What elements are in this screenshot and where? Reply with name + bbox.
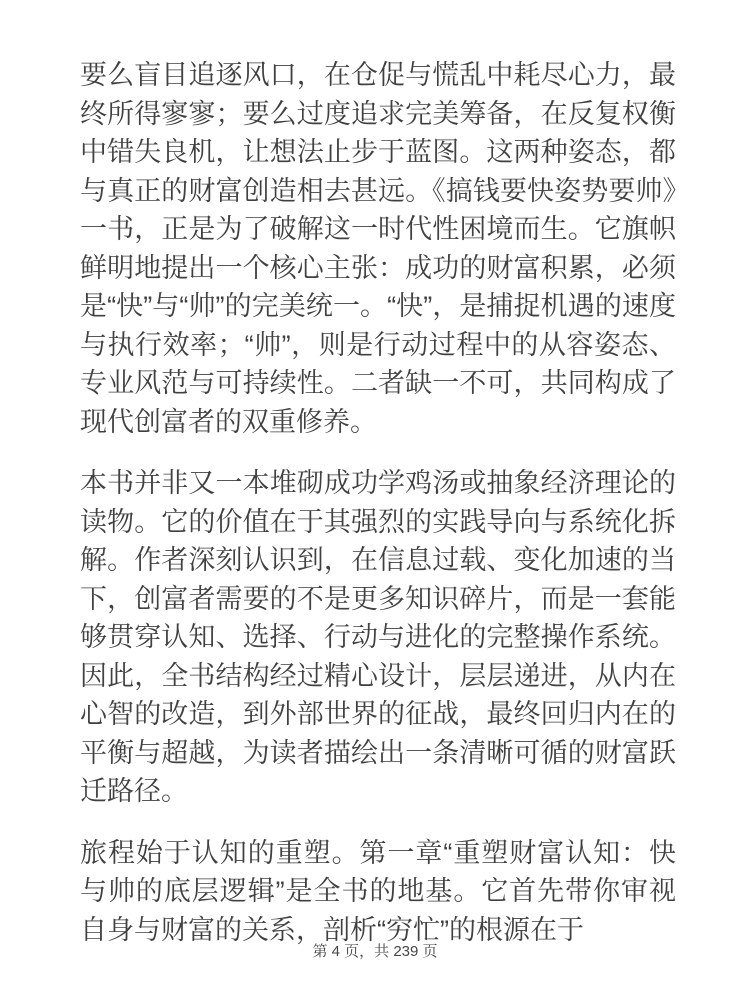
paragraph: 旅程始于认知的重塑。第一章“重塑财富认知：快与帅的底层逻辑”是全书的地基。它首先… (80, 834, 676, 950)
document-page: 要么盲目追逐风口，在仓促与慌乱中耗尽心力，最终所得寥寥；要么过度追求完美筹备，在… (0, 0, 750, 1000)
paragraph: 本书并非又一本堆砌成功学鸡汤或抽象经济理论的读物。它的价值在于其强烈的实践导向与… (80, 464, 676, 811)
page-text: 要么盲目追逐风口，在仓促与慌乱中耗尽心力，最终所得寥寥；要么过度追求完美筹备，在… (0, 0, 750, 949)
paragraph: 要么盲目追逐风口，在仓促与慌乱中耗尽心力，最终所得寥寥；要么过度追求完美筹备，在… (80, 56, 676, 441)
page-number-footer: 第 4 页，共 239 页 (0, 943, 750, 961)
